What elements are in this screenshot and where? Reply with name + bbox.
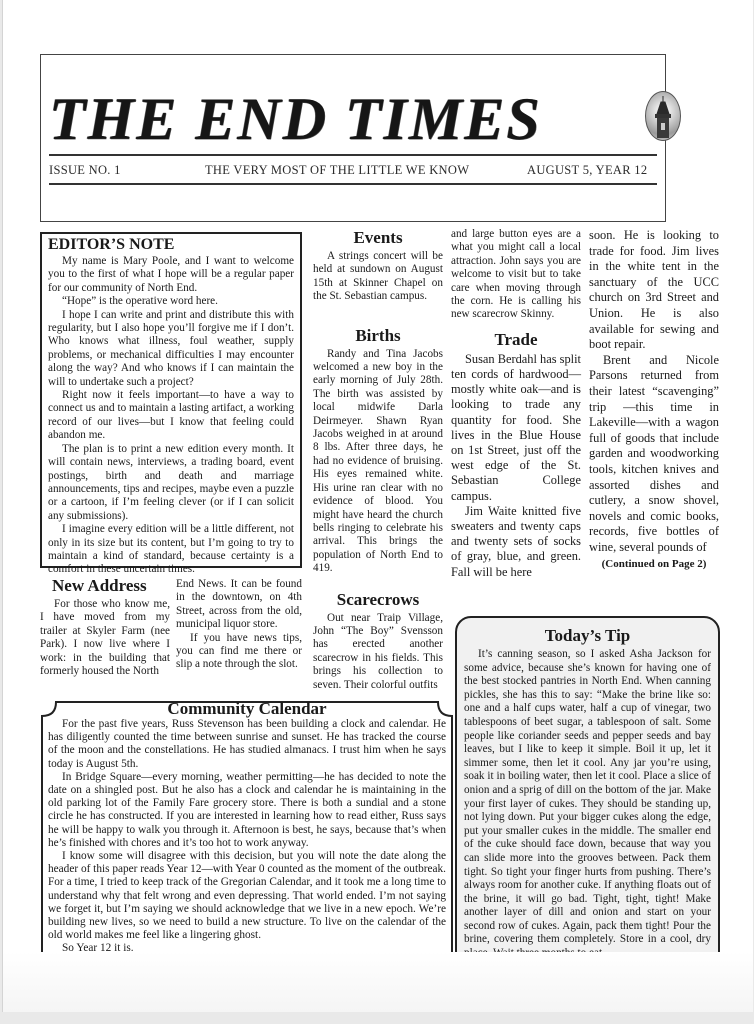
editors-note-paragraph: I hope I can write and print and distrib… — [48, 309, 294, 389]
masthead: THE END TIMES ISSUE NO. 1 THE VERY MOST … — [40, 54, 666, 222]
new-address-col-1: New Address For those who know me, I hav… — [40, 576, 170, 678]
issue-date: AUGUST 5, YEAR 12 — [527, 163, 647, 178]
issue-number: ISSUE NO. 1 — [49, 163, 121, 178]
trade-column-continued: soon. He is looking to trade for food. J… — [589, 228, 719, 573]
masthead-rule-bottom — [49, 183, 657, 185]
community-calendar-paragraph: I know some will disagree with this deci… — [48, 850, 446, 942]
community-calendar-paragraph: For the past five years, Russ Stevenson … — [48, 718, 446, 771]
trade-text: Susan Berdahl has split ten cords of har… — [451, 352, 581, 504]
todays-tip-box: Today’s Tip It’s canning season, so I as… — [455, 616, 720, 976]
community-calendar-body: For the past five years, Russ Stevenson … — [48, 718, 446, 956]
todays-tip-body: It’s canning season, so I asked Asha Jac… — [464, 648, 711, 961]
community-calendar-paragraph: In Bridge Square—every morning, weather … — [48, 771, 446, 850]
trade-text: Jim Waite knitted five sweaters and twen… — [451, 504, 581, 580]
todays-tip-text: It’s canning season, so I asked Asha Jac… — [464, 648, 711, 961]
continued-on-page-2-link[interactable]: (Continued on Page 2) — [589, 557, 719, 573]
todays-tip-heading: Today’s Tip — [464, 626, 711, 646]
tagline: THE VERY MOST OF THE LITTLE WE KNOW — [205, 163, 469, 178]
trade-text: Brent and Nicole Parsons returned from t… — [589, 353, 719, 556]
editors-note-paragraph: Right now it feels important—to have a w… — [48, 389, 294, 443]
scarecrows-text: Out near Traip Village, John “The Boy” S… — [313, 612, 443, 692]
editors-note-paragraph: My name is Mary Poole, and I want to wel… — [48, 255, 294, 295]
births-heading: Births — [313, 326, 443, 346]
trade-column: and large button eyes are a what you mig… — [451, 228, 581, 580]
new-address-text: If you have news tips, you can find me t… — [176, 632, 302, 672]
births-text: Randy and Tina Jacobs welcomed a new boy… — [313, 348, 443, 576]
new-address-text: End News. It can be found in the downtow… — [176, 578, 302, 632]
scarecrows-heading: Scarecrows — [313, 590, 443, 610]
newspaper-page: THE END TIMES ISSUE NO. 1 THE VERY MOST … — [2, 0, 753, 1012]
events-text: A strings concert will be held at sundow… — [313, 250, 443, 304]
community-calendar-heading: Community Calendar — [48, 700, 446, 718]
church-tower-emblem-icon — [645, 91, 681, 141]
page-bottom-shadow — [3, 952, 753, 1012]
new-address-col-2: End News. It can be found in the downtow… — [176, 578, 302, 672]
editors-note-body: My name is Mary Poole, and I want to wel… — [48, 255, 294, 577]
new-address-heading: New Address — [40, 576, 170, 596]
events-heading: Events — [313, 228, 443, 248]
editors-note-paragraph: “Hope” is the operative word here. — [48, 295, 294, 308]
trade-text: soon. He is looking to trade for food. J… — [589, 228, 719, 353]
events-births-column: Events A strings concert will be held at… — [313, 228, 443, 692]
trade-heading: Trade — [451, 330, 581, 350]
editors-note-heading: EDITOR’S NOTE — [48, 236, 294, 254]
community-calendar-box: Community Calendar For the past five yea… — [40, 700, 454, 978]
masthead-rule-top — [49, 154, 657, 156]
scarecrows-text-continued: and large button eyes are a what you mig… — [451, 228, 581, 322]
editors-note-paragraph: I imagine every edition will be a little… — [48, 523, 294, 577]
editors-note-box: EDITOR’S NOTE My name is Mary Poole, and… — [40, 232, 302, 568]
newspaper-title: THE END TIMES — [49, 89, 542, 149]
new-address-text: For those who know me, I have moved from… — [40, 598, 170, 678]
editors-note-paragraph: The plan is to print a new edition every… — [48, 443, 294, 523]
